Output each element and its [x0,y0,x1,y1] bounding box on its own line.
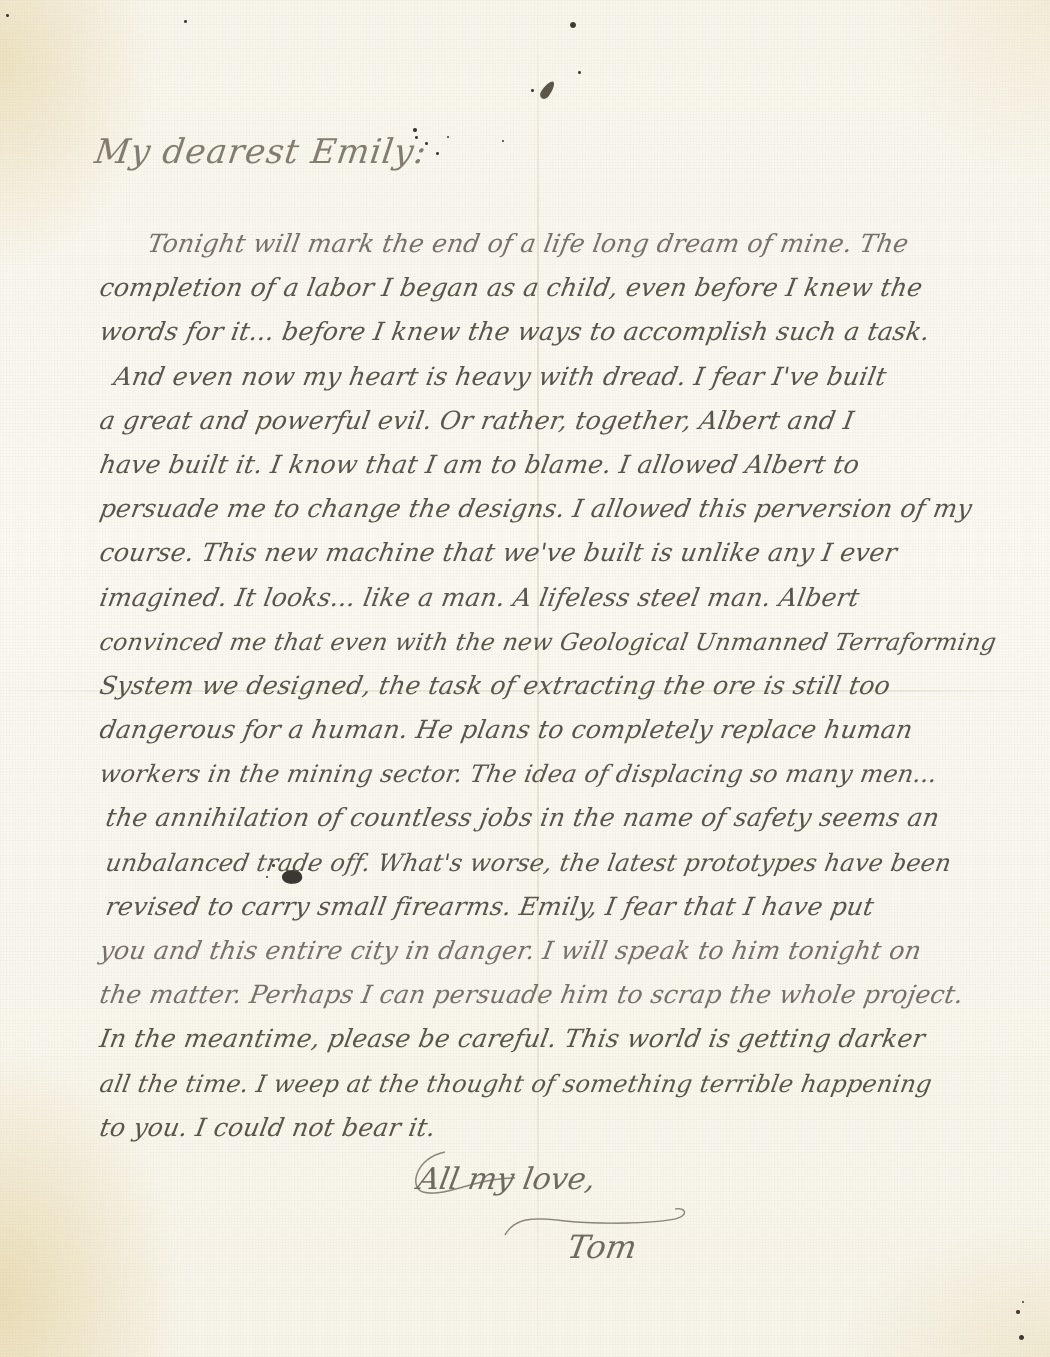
letter-line: the matter. Perhaps I can persuade him t… [96,973,996,1017]
ink-speck [502,140,504,142]
letter-line: persuade me to change the designs. I all… [96,487,996,531]
letter-line: imagined. It looks... like a man. A life… [96,576,996,620]
letter-salutation: My dearest Emily: [92,132,429,172]
letter-line: you and this entire city in danger. I wi… [96,929,996,973]
letter-closing: All my love, [415,1162,598,1197]
ink-speck [570,22,576,28]
letter-line: the annihilation of countless jobs in th… [96,796,996,840]
letter-line: revised to carry small firearms. Emily, … [96,885,996,929]
ink-speck [184,20,187,23]
letter-signature: Tom [565,1228,640,1266]
ink-speck [6,14,9,17]
letter-body: Tonight will mark the end of a life long… [100,222,992,1150]
ink-speck [1022,1301,1024,1303]
letter-line: completion of a labor I began as a child… [96,266,996,310]
ink-blot [538,79,557,101]
ink-speck [1019,1335,1024,1340]
ink-speck [531,89,534,92]
ink-speck [436,152,439,155]
letter-line: convinced me that even with the new Geol… [96,620,996,664]
letter-line: a great and powerful evil. Or rather, to… [96,399,996,443]
letter-line: to you. I could not bear it. [96,1106,996,1150]
letter-line: And even now my heart is heavy with drea… [96,355,996,399]
letter-line: course. This new machine that we've buil… [96,531,996,575]
letter-line: workers in the mining sector. The idea o… [96,752,996,796]
ink-speck [1016,1310,1020,1314]
ink-speck [447,136,449,138]
letter-line: dangerous for a human. He plans to compl… [96,708,996,752]
letter-line: Tonight will mark the end of a life long… [96,222,996,266]
letter-line: words for it... before I knew the ways t… [96,310,996,354]
letter-line: In the meantime, please be careful. This… [96,1017,996,1061]
ink-speck [578,71,581,74]
scanned-letter-page: My dearest Emily: Tonight will mark the … [0,0,1050,1357]
letter-line: System we designed, the task of extracti… [96,664,996,708]
letter-line: all the time. I weep at the thought of s… [96,1062,996,1106]
letter-line: have built it. I know that I am to blame… [96,443,996,487]
letter-line: unbalanced trade off. What's worse, the … [96,841,996,885]
